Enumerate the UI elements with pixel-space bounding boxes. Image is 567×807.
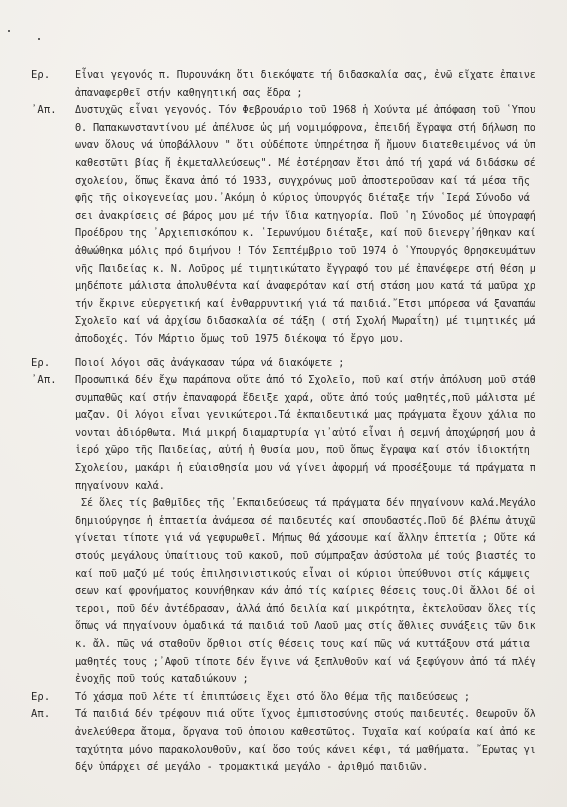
text-line: ἀποδοχές. Τόν Μάρτιο ὅμως τοῦ 1975 διέκο… <box>75 331 535 349</box>
text-line: σει ἀνακρίσεις σέ βάρος μου μέ τήν ἴδια … <box>75 208 535 226</box>
text-line: Προέδρου της ᾿Αρχιεπισκόπου κ. ῾Ιερωνύμο… <box>75 225 535 243</box>
entry-text: Τά παιδιά δέν τρέφουν πιά οὔτε ἴχνος ἐμπ… <box>75 706 535 776</box>
text-line: τεροι, ποῦ δέν ἀντέδρασαν, ἀλλά ἀπό δειλ… <box>75 601 535 619</box>
text-line: Θ. Παπακωνσταντίνου μέ ἀπέλυσε ὡς μή νομ… <box>75 120 535 138</box>
text-line: γίνεται τίποτε γιά νά γεφυρωθεῖ. Μήπως θ… <box>75 530 535 548</box>
text-line: μαθητές τους ;᾿Αφοῦ τίποτε δέν ἔγινε νά … <box>75 654 535 672</box>
text-line: δημιούργησε ἡ ἑπταετία ἀνάμεσα σέ παιδευ… <box>75 513 535 531</box>
text-line: Προσωπικά δέν ἔχω παράπονα οὔτε ἀπό τό Σ… <box>75 372 535 390</box>
text-line: ἐνοχῆς ποῦ τούς καταδιώκουν ; <box>75 671 535 689</box>
text-line: δέν ὑπάρχει σέ μεγάλο - τρομακτικά μεγάλ… <box>75 759 535 777</box>
text-line: ἀθωώθηκα μόλις πρό διμήνου ! Τόν Σεπτέμβ… <box>75 243 535 261</box>
text-line: Σχολείου, μακάρι ἡ εὐαισθησία μου νά γίν… <box>75 460 535 478</box>
speaker-label: ᾿Απ. <box>31 372 62 689</box>
speaker-label: Ερ. <box>31 355 62 373</box>
text-line: Τά παιδιά δέν τρέφουν πιά οὔτε ἴχνος ἐμπ… <box>75 706 535 724</box>
entry-text: Ποιοί λόγοι σᾶς ἀνάγκασαν τώρα νά διακόψ… <box>75 355 535 373</box>
paper-speck <box>8 30 10 32</box>
question-entry: Ερ. Τό χάσμα ποῦ λέτε τί ἐπιπτώσεις ἔχει… <box>0 689 567 707</box>
text-line: Εἶναι γεγονός π. Πυρουνάκη ὅτι διεκόψατε… <box>75 67 535 85</box>
text-line: μαζαν. Οἱ λόγοι εἶναι γενικώτεροι.Τά ἐκπ… <box>75 407 535 425</box>
answer-entry: ᾿Απ. Δυστυχῶς εἶναι γεγονός. Τόν Φεβρουά… <box>0 102 567 348</box>
text-line: Σέ ὅλες τίς βαθμῖδες τῆς ᾿Εκπαιδεύσεως τ… <box>75 495 535 513</box>
text-line: ὅπως νά πηγαίνουν ὁμαδικά τά παιδιά τοῦ … <box>75 618 535 636</box>
text-line: κ. ἄλ. πῶς νά σταθοῦν ὄρθιοι στίς θέσεις… <box>75 636 535 654</box>
paper-speck <box>38 38 40 40</box>
answer-entry: Απ. Τά παιδιά δέν τρέφουν πιά οὔτε ἴχνος… <box>0 706 567 776</box>
speaker-label: Ερ. <box>31 67 62 102</box>
text-line: τήν ἔκρινε εὐεργετική καί ἐνθαρρυντική γ… <box>75 296 535 314</box>
speaker-label: Απ. <box>31 706 62 776</box>
entry-text: Προσωπικά δέν ἔχω παράπονα οὔτε ἀπό τό Σ… <box>75 372 535 689</box>
text-line: Ποιοί λόγοι σᾶς ἀνάγκασαν τώρα νά διακόψ… <box>75 355 535 373</box>
interview-transcript: Ερ. Εἶναι γεγονός π. Πυρουνάκη ὅτι διεκό… <box>0 67 567 777</box>
text-line: καί ποῦ μαζύ μέ τούς ἐπιλησινιστικούς εἶ… <box>75 566 535 584</box>
speaker-label: Ερ. <box>31 689 62 707</box>
question-entry: Ερ. Εἶναι γεγονός π. Πυρουνάκη ὅτι διεκό… <box>0 67 567 102</box>
speaker-label: ᾿Απ. <box>31 102 62 348</box>
text-line: νονται ἀδιόρθωτα. Μιά μικρή διαμαρτυρία … <box>75 425 535 443</box>
text-line: Δυστυχῶς εἶναι γεγονός. Τόν Φεβρουάριο τ… <box>75 102 535 120</box>
text-line: ἀπαναφερθεῖ στήν καθηγητική σας ἕδρα ; <box>75 85 535 103</box>
text-line: καθεστῶτι βίας ἤ ἐκμεταλλεύσεως". Μέ ἐστ… <box>75 155 535 173</box>
text-line: Σχολεῖο καί νά ἀρχίσω διδασκαλία σέ τάξη… <box>75 313 535 331</box>
text-line: πηγαίνουν καλά. <box>75 478 535 496</box>
text-line: συμπαθῶς καί στήν ἐπαναφορά ἔδειξε χαρά,… <box>75 390 535 408</box>
question-entry: Ερ. Ποιοί λόγοι σᾶς ἀνάγκασαν τώρα νά δι… <box>0 355 567 373</box>
entry-text: Δυστυχῶς εἶναι γεγονός. Τόν Φεβρουάριο τ… <box>75 102 535 348</box>
text-line: ωναν ὅλους νά ὑποβάλλουν " ὅτι οὐδέποτε … <box>75 137 535 155</box>
entry-text: Εἶναι γεγονός π. Πυρουνάκη ὅτι διεκόψατε… <box>75 67 535 102</box>
answer-entry: ᾿Απ. Προσωπικά δέν ἔχω παράπονα οὔτε ἀπό… <box>0 372 567 689</box>
text-line: σεων καί φρονήματος κουνήθηκαν κάν ἀπό τ… <box>75 583 535 601</box>
text-line: μηδέποτε μάλιστα ἀπολυθέντα καί ἀναφερότ… <box>75 278 535 296</box>
text-line: Τό χάσμα ποῦ λέτε τί ἐπιπτώσεις ἔχει στό… <box>75 689 535 707</box>
text-line: φῆς τῆς οἰκογενείας μου.᾿Ακόμη ὁ κύριος … <box>75 190 535 208</box>
text-line: ἀνελεύθερα ἄτομα, ὄργανα τοῦ ὁποιου καθε… <box>75 724 535 742</box>
text-line: ἱερό χῶρο τῆς Παιδείας, αὐτή ἡ θυσία μου… <box>75 442 535 460</box>
text-line: νῆς Παιδείας κ. Ν. Λοῦρος μέ τιμητικώτατ… <box>75 261 535 279</box>
text-line: στούς μεγάλους ὑπαίτιους τοῦ κακοῦ, ποῦ … <box>75 548 535 566</box>
entry-text: Τό χάσμα ποῦ λέτε τί ἐπιπτώσεις ἔχει στό… <box>75 689 535 707</box>
text-line: σχολείου, ὅπως ἔκανα ἀπό τό 1933, συγχρό… <box>75 173 535 191</box>
text-line: ταχύτητα μόνο παρακολουθοῦν, καί ὅσο τού… <box>75 742 535 760</box>
